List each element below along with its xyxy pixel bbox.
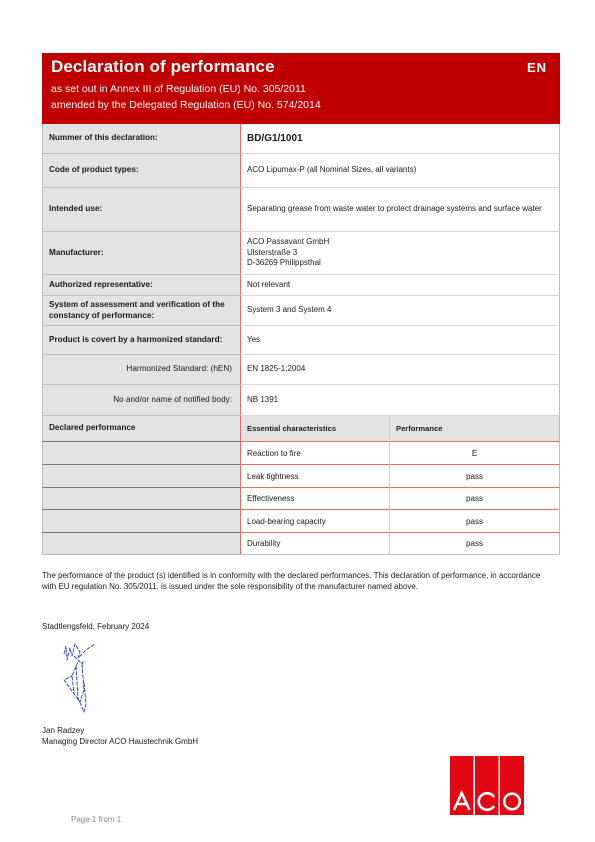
notified-body: NB 1391 — [240, 385, 560, 416]
row-label: Code of product types: — [42, 154, 240, 188]
signatory-role: Managing Director ACO Haustechnik GmbH — [42, 736, 198, 747]
performance-row: Reaction to fire E — [42, 442, 560, 465]
row-label: Harmonized Standard: (hEN) — [42, 355, 240, 385]
product-type-code: ACO Lipumax-P (all Nominal Sizes, all va… — [240, 154, 560, 188]
row-label-empty — [42, 442, 240, 465]
table-row: Nummer of this declaration: BD/G1/1001 — [42, 124, 560, 154]
performance-value: pass — [389, 465, 560, 488]
row-label: Manufacturer: — [42, 232, 240, 275]
authorized-representative: Not relevant — [240, 275, 560, 296]
performance-row: Leak tightness pass — [42, 465, 560, 488]
characteristic: Leak tightness — [240, 465, 389, 488]
table-row: Authorized representative: Not relevant — [42, 275, 560, 296]
regulation-subtitle: as set out in Annex III of Regulation (E… — [51, 83, 306, 95]
amendment-subtitle: amended by the Delegated Regulation (EU)… — [51, 99, 321, 111]
document-header: Declaration of performance EN as set out… — [42, 53, 560, 124]
place-and-date: Stadtlengsfeld, February 2024 — [42, 622, 149, 631]
row-label: Intended use: — [42, 188, 240, 232]
row-label: Nummer of this declaration: — [42, 124, 240, 154]
row-label: Authorized representative: — [42, 275, 240, 296]
manufacturer-street: Ulsterstraße 3 — [247, 248, 297, 258]
table-row: Product is covert by a harmonized standa… — [42, 326, 560, 355]
performance-row: Load-bearing capacity pass — [42, 510, 560, 533]
signatory-name: Jan Radzey — [42, 725, 198, 736]
performance-value: pass — [389, 488, 560, 510]
row-label-empty — [42, 533, 240, 555]
performance-value: E — [389, 442, 560, 465]
table-row: No and/or name of notified body: NB 1391 — [42, 385, 560, 416]
characteristic: Load-bearing capacity — [240, 510, 389, 533]
signature-image — [58, 642, 103, 714]
row-label-empty — [42, 510, 240, 533]
table-row: Code of product types: ACO Lipumax-P (al… — [42, 154, 560, 188]
language-code: EN — [527, 60, 547, 75]
row-label-empty — [42, 465, 240, 488]
performance-value: pass — [389, 510, 560, 533]
declaration-number: BD/G1/1001 — [240, 124, 560, 154]
page-number: Page 1 from 1 — [71, 815, 121, 824]
document-title: Declaration of performance — [51, 57, 275, 77]
table-row: Manufacturer: ACO Passavant GmbH Ulsters… — [42, 232, 560, 275]
manufacturer-city: D-36269 Philippsthal — [247, 258, 321, 268]
manufacturer-address: ACO Passavant GmbH Ulsterstraße 3 D-3626… — [240, 232, 560, 275]
column-header-characteristics: Essential characteristics — [240, 416, 389, 442]
harmonized-standard: EN 1825-1:2004 — [240, 355, 560, 385]
conformity-statement: The performance of the product (s) ident… — [42, 570, 552, 592]
characteristic: Effectiveness — [240, 488, 389, 510]
signatory: Jan Radzey Managing Director ACO Haustec… — [42, 725, 198, 747]
row-label: System of assessment and verification of… — [42, 296, 240, 326]
manufacturer-name: ACO Passavant GmbH — [247, 237, 329, 247]
column-header-performance: Performance — [389, 416, 560, 442]
row-label-empty — [42, 488, 240, 510]
performance-row: Durability pass — [42, 533, 560, 555]
intended-use: Separating grease from waste water to pr… — [240, 188, 560, 232]
table-row: Intended use: Separating grease from was… — [42, 188, 560, 232]
performance-row: Effectiveness pass — [42, 488, 560, 510]
performance-header-row: Declared performance Essential character… — [42, 416, 560, 442]
table-row: System of assessment and verification of… — [42, 296, 560, 326]
performance-value: pass — [389, 533, 560, 555]
row-label: No and/or name of notified body: — [42, 385, 240, 416]
row-label: Product is covert by a harmonized standa… — [42, 326, 240, 355]
assessment-system: System 3 and System 4 — [240, 296, 560, 326]
aco-logo — [450, 756, 524, 815]
characteristic: Durability — [240, 533, 389, 555]
harmonized-flag: Yes — [240, 326, 560, 355]
declared-performance-label: Declared performance — [42, 416, 240, 442]
table-row: Harmonized Standard: (hEN) EN 1825-1:200… — [42, 355, 560, 385]
characteristic: Reaction to fire — [240, 442, 389, 465]
